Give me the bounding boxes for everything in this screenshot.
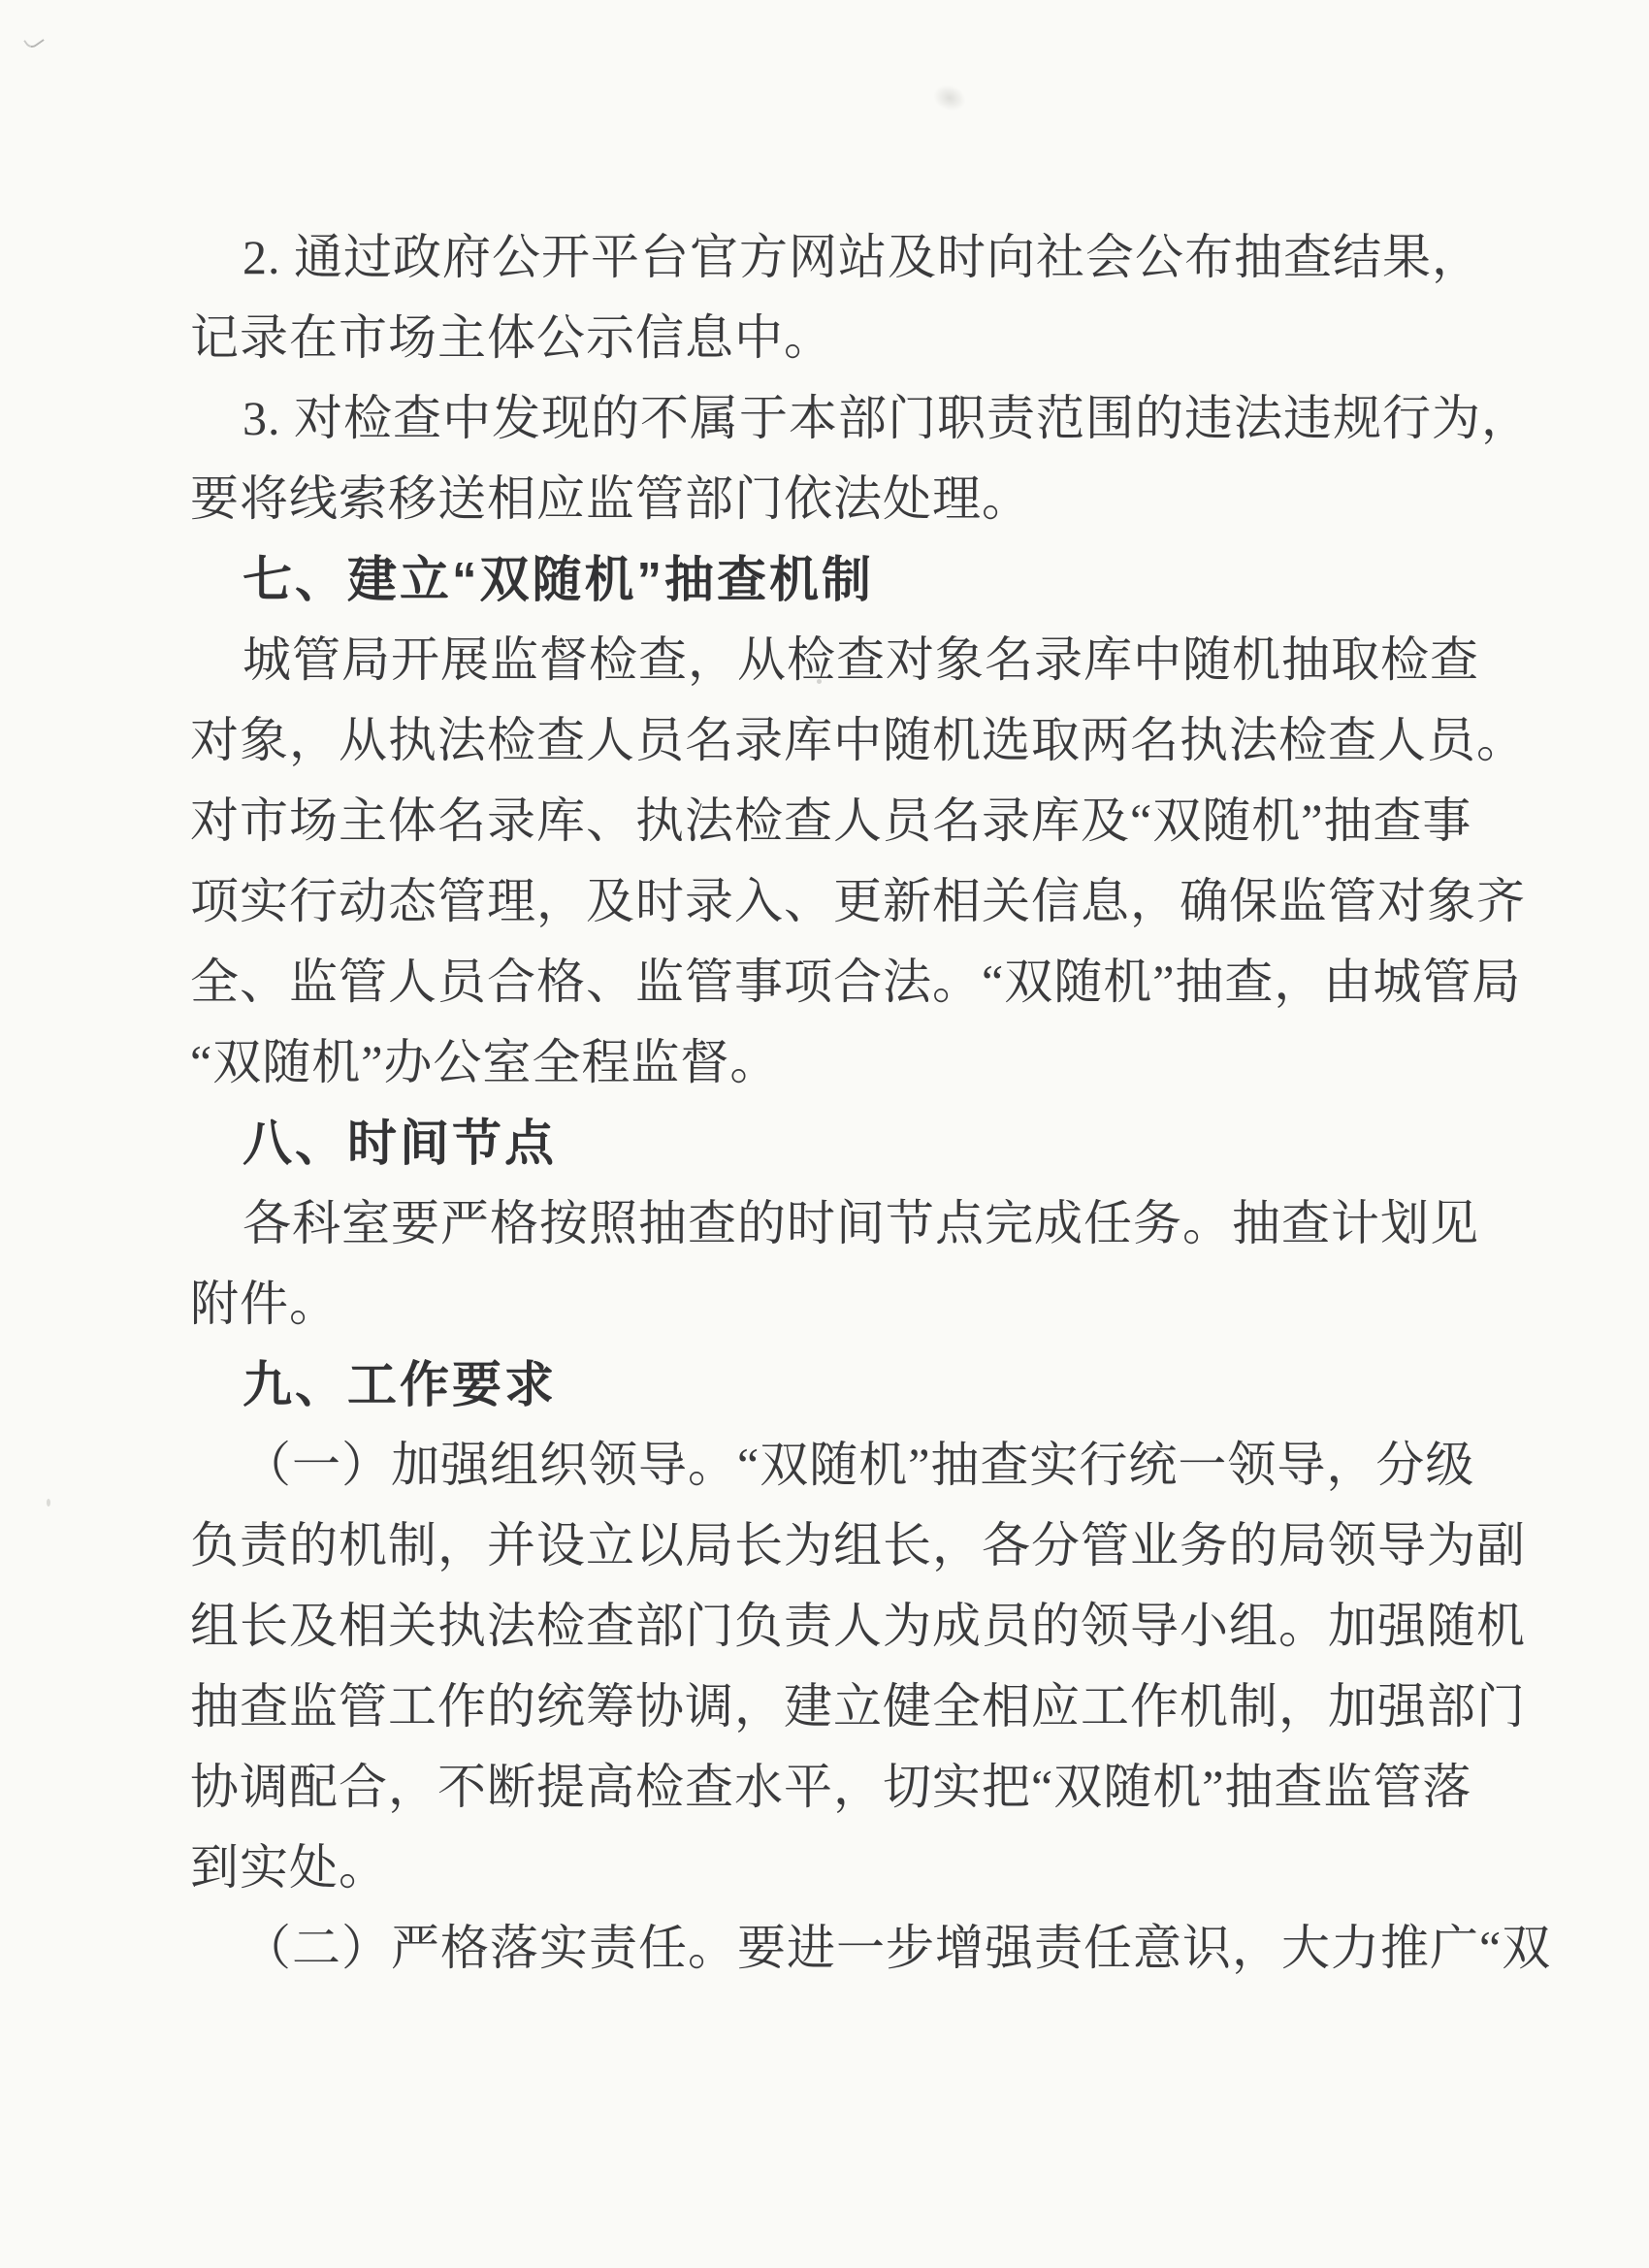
section-heading-7: 七、建立“双随机”抽查机制 (190, 539, 1412, 620)
section-9-item-1-line-3: 组长及相关执法检查部门负责人为成员的领导小组。加强随机 (190, 1586, 1412, 1667)
paragraph-2-line-1: 2. 通过政府公开平台官方网站及时向社会公布抽查结果， (190, 217, 1412, 298)
paragraph-2-line-2: 记录在市场主体公示信息中。 (190, 298, 1412, 378)
section-heading-8: 八、时间节点 (190, 1103, 1412, 1183)
section-heading-9: 九、工作要求 (190, 1345, 1412, 1425)
scan-artifact-squiggle (23, 31, 45, 50)
section-7-line-4: 项实行动态管理，及时录入、更新相关信息，确保监管对象齐 (190, 861, 1412, 942)
section-9-item-1-line-6: 到实处。 (190, 1828, 1412, 1908)
section-8-line-2: 附件。 (190, 1264, 1412, 1345)
section-7-line-2: 对象，从执法检查人员名录库中随机选取两名执法检查人员。 (190, 700, 1412, 781)
section-7-line-6: “双随机”办公室全程监督。 (190, 1022, 1412, 1103)
section-9-item-1-line-2: 负责的机制，并设立以局长为组长，各分管业务的局领导为副 (190, 1506, 1412, 1586)
section-9-item-1-line-5: 协调配合，不断提高检查水平，切实把“双随机”抽查监管落 (190, 1747, 1412, 1828)
scan-artifact-smudge (930, 81, 970, 115)
section-9-item-1-line-1: （一）加强组织领导。“双随机”抽查实行统一领导，分级 (190, 1425, 1412, 1506)
section-7-line-3: 对市场主体名录库、执法检查人员名录库及“双随机”抽查事 (190, 781, 1412, 861)
scan-artifact-speck (47, 1499, 50, 1507)
section-7-line-5: 全、监管人员合格、监管事项合法。“双随机”抽查，由城管局 (190, 942, 1412, 1022)
section-9-item-2-line-1: （二）严格落实责任。要进一步增强责任意识，大力推广“双 (190, 1908, 1412, 1989)
document-page: 2. 通过政府公开平台官方网站及时向社会公布抽查结果， 记录在市场主体公示信息中… (0, 0, 1649, 2268)
paragraph-3-line-1: 3. 对检查中发现的不属于本部门职责范围的违法违规行为， (190, 378, 1412, 459)
document-body: 2. 通过政府公开平台官方网站及时向社会公布抽查结果， 记录在市场主体公示信息中… (190, 217, 1412, 1989)
section-8-line-1: 各科室要严格按照抽查的时间节点完成任务。抽查计划见 (190, 1183, 1412, 1264)
section-9-item-1-line-4: 抽查监管工作的统筹协调，建立健全相应工作机制，加强部门 (190, 1667, 1412, 1747)
section-7-line-1: 城管局开展监督检查，从检查对象名录库中随机抽取检查 (190, 620, 1412, 700)
paragraph-3-line-2: 要将线索移送相应监管部门依法处理。 (190, 459, 1412, 539)
